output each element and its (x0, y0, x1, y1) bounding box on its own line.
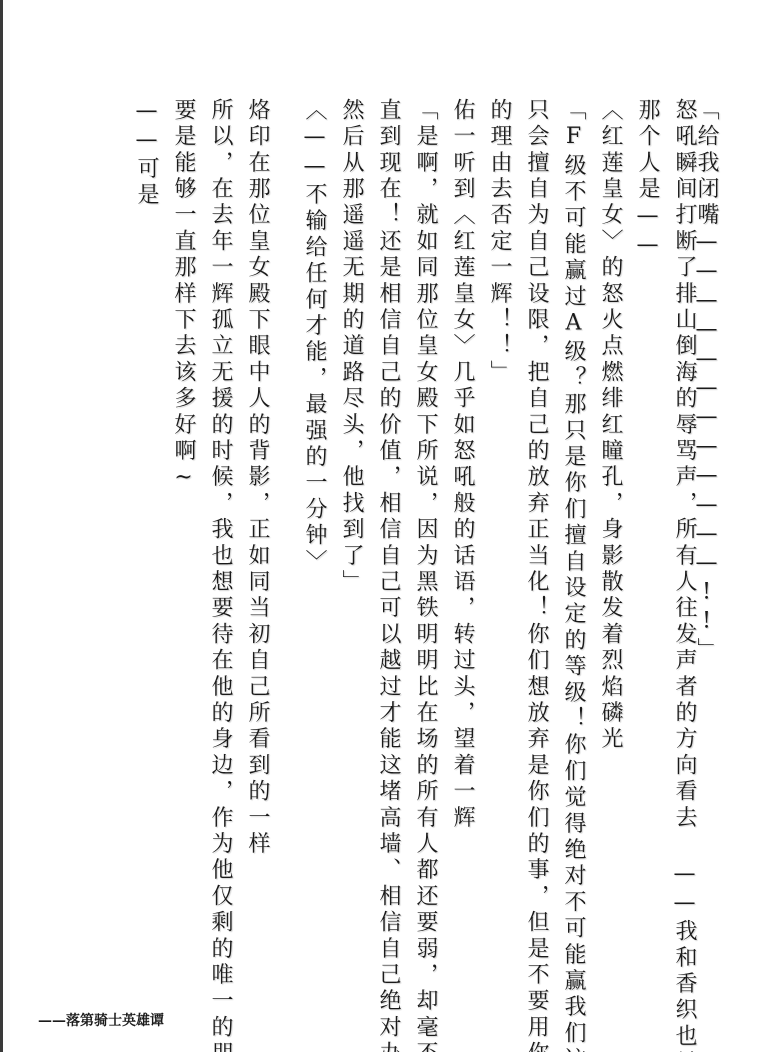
text-column-15: 要是能够一直那样下去该多好啊~ (172, 98, 194, 998)
text-column-13: 烙印在那位皇女殿下眼中人的背影，正如同当初自己所看到的一样 (246, 98, 268, 998)
text-column-12: 〈——不输给任何才能，最强的一分钟〉 (303, 98, 325, 998)
text-column-4: 〈红莲皇女〉的怒火点燃绯红瞳孔，身影散发着烈焰磷光 (599, 98, 621, 998)
text-column-6: 只会擅自为自己设限，把自己的放弃正当化！你们想放弃是你们的事，但是不要用你们放弃 (525, 98, 547, 998)
text-column-3: 那个人是—— (636, 98, 658, 998)
text-column-10: 直到现在！还是相信自己的价值，相信自己可以越过才能这堵高墙、相信自己绝对办得到 (377, 98, 399, 998)
vertical-text-page: 「给我闭嘴————————————!!」 怒吼瞬间打断了排山倒海的辱骂声，所有人… (120, 98, 717, 998)
text-column-1: 「给我闭嘴————————————!!」 (695, 98, 717, 998)
text-column-7: 的理由去否定一辉！！」 (488, 98, 510, 998)
text-column-9: 「是啊，就如同那位皇女殿下所说，因为黑铁明明比在场的所有人都还要弱，却毫不放弃努… (414, 98, 436, 998)
text-column-8: 佑一听到〈红莲皇女〉几乎如怒吼般的话语，转过头，望着一辉 (451, 98, 473, 998)
book-title-footer: ——落第骑士英雄谭 (38, 1010, 164, 1030)
text-column-2: 怒吼瞬间打断了排山倒海的辱骂声，所有人往发声者的方向看去 ——我和香织也是 (673, 98, 695, 998)
text-column-16: ——可是 (135, 98, 157, 998)
text-column-11: 然后从那遥遥无期的道路尽头，他找到了」 (340, 98, 362, 998)
text-column-14: 所以，在去年一辉孤立无援的时候，我也想要待在他的身边，作为他仅剩的唯一的朋友 (209, 98, 231, 998)
page-left-border (0, 0, 3, 1052)
text-column-5: 「F级不可能赢过A级？那只是你们擅自设定的等级！你们觉得绝对不可能赢我们这些天才 (562, 98, 584, 998)
